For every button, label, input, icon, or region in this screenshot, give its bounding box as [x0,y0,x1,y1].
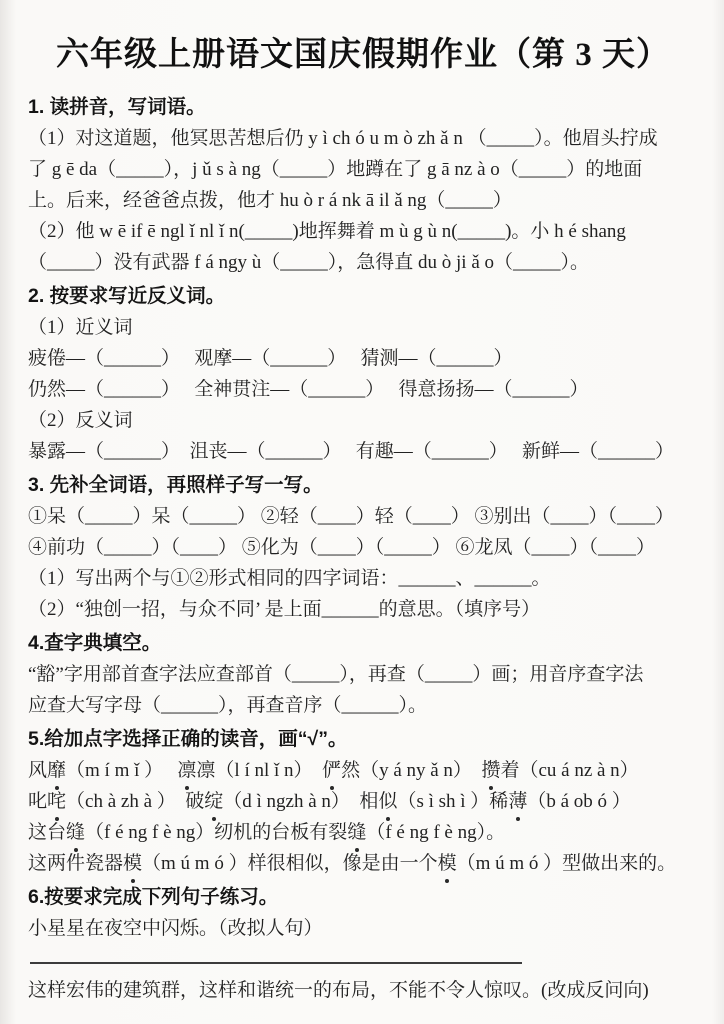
emphasis-dotted-char: 靡 [47,755,66,786]
text-line: （_____）没有武器 f á ngy ù（_____），急得直 du ò ji… [28,247,698,278]
text-line: 了 g ē da（_____），j ǔ s à ng（_____）地蹲在了 g … [28,154,698,185]
emphasis-dotted-char: 咤 [47,786,66,817]
emphasis-dotted-char: 绽 [204,786,223,817]
text-line: 小星星在夜空中闪烁。（改拟人句） [28,913,698,944]
text-line: 暴露—（______） 沮丧—（______） 有趣—（______） 新鲜—（… [28,436,698,467]
text-line: 仍然—（______） 全神贯注—（______） 得意扬扬—（______） [28,374,698,405]
text-line: “豁”字用部首查字法应查部首（_____），再查（_____）画；用音序查字法 [28,659,698,690]
text-line: （2）“独创一招，与众不同’ 是上面______的意思。（填序号） [28,594,698,625]
text-line: ①呆（_____）呆（_____） ②轻（____）轻（____） ③别出（__… [28,501,698,532]
text-line: 应查大写字母（______），再查音序（______）。 [28,690,698,721]
section-heading-3: 3. 先补全词语，再照样子写一写。 [28,470,698,501]
worksheet-page: 六年级上册语文国庆假期作业（第 3 天） 1. 读拼音，写词语。（1）对这道题，… [0,0,724,1024]
emphasis-dotted-char: 薄 [508,786,527,817]
section-heading-2: 2. 按要求写近反义词。 [28,281,698,312]
text-line: ④前功（_____）（____） ⑤化为（____）（_____） ⑥龙凤（__… [28,532,698,563]
section-heading-5: 5.给加点字选择正确的读音，画“√”。 [28,724,698,755]
text-line: （1）近义词 [28,312,698,343]
text-line: 上。后来，经爸爸点拨，他才 hu ò r á nk ā il ǎ ng（____… [28,185,698,216]
worksheet-body: 1. 读拼音，写词语。（1）对这道题，他冥思苦想后仍 y ì ch ó u m … [28,92,698,1024]
section-heading-6: 6.按要求完成下列句子练习。 [28,882,698,913]
text-line: （1）对这道题，他冥思苦想后仍 y ì ch ó u m ò zh ǎ n （_… [28,123,698,154]
emphasis-dotted-char: 似 [378,786,397,817]
page-title: 六年级上册语文国庆假期作业（第 3 天） [28,32,698,78]
emphasis-dotted-char: 攒 [481,755,500,786]
emphasis-dotted-char: 缝 [66,817,85,848]
text-line: 叱咤（ch à zh à ） 破绽（d ì ngzh à n） 相似（s ì s… [28,786,698,817]
answer-writing-line [30,1006,522,1024]
text-line: （2）反义词 [28,405,698,436]
answer-writing-line [30,944,522,964]
emphasis-dotted-char: 凛 [177,755,196,786]
emphasis-dotted-char: 模 [123,848,142,879]
section-heading-1: 1. 读拼音，写词语。 [28,92,698,123]
text-line: 这台缝（f é ng f è ng）纫机的台板有裂缝（f é ng f è ng… [28,817,698,848]
text-line: （1）写出两个与①②形式相同的四字词语：______、______。 [28,563,698,594]
emphasis-dotted-char: 缝 [347,817,366,848]
text-line: 疲倦—（______） 观摩—（______） 猜测—（______） [28,343,698,374]
text-line: （2）他 w ē if ē ngl ǐ nl ǐ n(_____)地挥舞着 m … [28,216,698,247]
text-line: 这两件瓷器模（m ú m ó ）样很相似，像是由一个模（m ú m ó ）型做出… [28,848,698,879]
text-line: 风靡（m í m ǐ ） 凛凛（l í nl ǐ n） 俨然（y á ny ǎ … [28,755,698,786]
text-line: 这样宏伟的建筑群，这样和谐统一的布局，不能不令人惊叹。(改成反问向) [28,975,698,1006]
section-heading-4: 4.查字典填空。 [28,628,698,659]
emphasis-dotted-char: 模 [438,848,457,879]
emphasis-dotted-char: 俨 [322,755,341,786]
